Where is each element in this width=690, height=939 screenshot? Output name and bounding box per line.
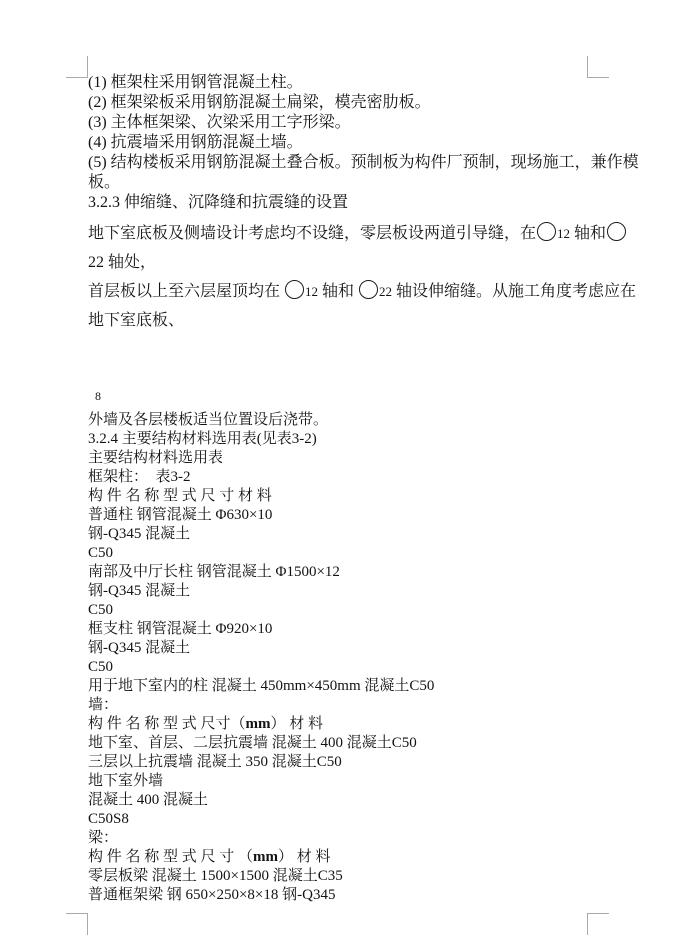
axis-number: 22 — [379, 284, 392, 299]
text-segment: 首层板以上至六层屋顶均在 — [88, 283, 284, 300]
text-segment: 轴和 — [318, 283, 358, 300]
list-item-continuation: 板。 — [88, 173, 648, 193]
text-area: (1) 框架柱采用钢管混凝土柱。 (2) 框架梁板采用钢筋混凝土扁梁，模壳密肋板… — [88, 73, 648, 905]
table-line: C50S8 — [88, 810, 648, 829]
table-line: 框支柱 钢管混凝土 Φ920×10 — [88, 620, 648, 639]
table-header: 构 件 名 称 型 式 尺 寸 （mm） 材 料 — [88, 848, 648, 867]
table-line: 南部及中厅长柱 钢管混凝土 Φ1500×12 — [88, 563, 648, 582]
axis-number: 12 — [557, 226, 570, 241]
table-line: 地下室外墙 — [88, 772, 648, 791]
axis-number: 12 — [305, 284, 318, 299]
document-page: (1) 框架柱采用钢管混凝土柱。 (2) 框架梁板采用钢筋混凝土扁梁，模壳密肋板… — [0, 0, 690, 939]
table-line: 钢-Q345 混凝土 — [88, 582, 648, 601]
table-line: 外墙及各层楼板适当位置设后浇带。 — [88, 411, 648, 430]
table-line: C50 — [88, 601, 648, 620]
table-header: 构 件 名 称 型 式 尺寸（mm） 材 料 — [88, 715, 648, 734]
table-line: 用于地下室内的柱 混凝土 450mm×450mm 混凝土C50 — [88, 677, 648, 696]
table-line: 普通框架梁 钢 650×250×8×18 钢-Q345 — [88, 886, 648, 905]
numbered-list-block: (1) 框架柱采用钢管混凝土柱。 (2) 框架梁板采用钢筋混凝土扁梁，模壳密肋板… — [88, 73, 648, 213]
table-line: C50 — [88, 544, 648, 563]
paragraph-line: 地下室底板及侧墙设计考虑均不设缝，零层板设两道引导缝，在12 轴和 — [88, 219, 648, 248]
margin-crop-mark-bottom-right — [587, 913, 609, 935]
margin-crop-mark-bottom-left — [66, 913, 88, 935]
margin-crop-mark-top-left — [66, 56, 88, 78]
list-item: (4) 抗震墙采用钢筋混凝土墙。 — [88, 133, 648, 153]
axis-circle-icon — [285, 280, 304, 299]
list-item: (3) 主体框架梁、次梁采用工字形梁。 — [88, 113, 648, 133]
table-line: 地下室、首层、二层抗震墙 混凝土 400 混凝土C50 — [88, 734, 648, 753]
text-segment-bold: mm — [246, 716, 271, 732]
seam-paragraph: 地下室底板及侧墙设计考虑均不设缝，零层板设两道引导缝，在12 轴和 22 轴处，… — [88, 219, 648, 335]
text-segment: 构 件 名 称 型 式 尺寸（ — [88, 716, 246, 732]
table-line: 梁： — [88, 829, 648, 848]
table-line: C50 — [88, 658, 648, 677]
paragraph-line: 22 轴处， — [88, 248, 648, 277]
list-item: (5) 结构楼板采用钢筋混凝土叠合板。预制板为构件厂预制，现场施工，兼作模 — [88, 153, 648, 173]
table-line: 零层板梁 混凝土 1500×1500 混凝土C35 — [88, 867, 648, 886]
text-segment: 构 件 名 称 型 式 尺 寸 （ — [88, 849, 253, 865]
axis-circle-icon — [607, 222, 626, 241]
table-line: 主要结构材料选用表 — [88, 449, 648, 468]
list-item: (1) 框架柱采用钢管混凝土柱。 — [88, 73, 648, 93]
section-heading-323: 3.2.3 伸缩缝、沉降缝和抗震缝的设置 — [88, 193, 648, 213]
table-line: 普通柱 钢管混凝土 Φ630×10 — [88, 506, 648, 525]
table-line: 三层以上抗震墙 混凝土 350 混凝土C50 — [88, 753, 648, 772]
table-line: 墙： — [88, 696, 648, 715]
table-line: 钢-Q345 混凝土 — [88, 525, 648, 544]
axis-circle-icon — [359, 280, 378, 299]
text-segment: ） 材 料 — [271, 716, 324, 732]
page-number: 8 — [88, 389, 648, 403]
text-segment: 地下室底板及侧墙设计考虑均不设缝，零层板设两道引导缝，在 — [88, 225, 536, 242]
paragraph-line: 地下室底板、 — [88, 306, 648, 335]
table-line: 框架柱： 表3-2 — [88, 468, 648, 487]
paragraph-line: 首层板以上至六层屋顶均在 12 轴和 22 轴设伸缩缝。从施工角度考虑应在 — [88, 277, 648, 306]
list-item: (2) 框架梁板采用钢筋混凝土扁梁，模壳密肋板。 — [88, 93, 648, 113]
section-heading-324: 3.2.4 主要结构材料选用表(见表3-2) — [88, 430, 648, 449]
text-segment: 轴和 — [570, 225, 606, 242]
materials-table-block: 外墙及各层楼板适当位置设后浇带。 3.2.4 主要结构材料选用表(见表3-2) … — [88, 411, 648, 905]
text-segment-bold: mm — [253, 849, 278, 865]
table-line: 钢-Q345 混凝土 — [88, 639, 648, 658]
text-segment: ） 材 料 — [278, 849, 331, 865]
text-segment: 轴设伸缩缝。从施工角度考虑应在 — [392, 283, 636, 300]
table-header: 构 件 名 称 型 式 尺 寸 材 料 — [88, 487, 648, 506]
table-line: 混凝土 400 混凝土 — [88, 791, 648, 810]
axis-circle-icon — [537, 222, 556, 241]
